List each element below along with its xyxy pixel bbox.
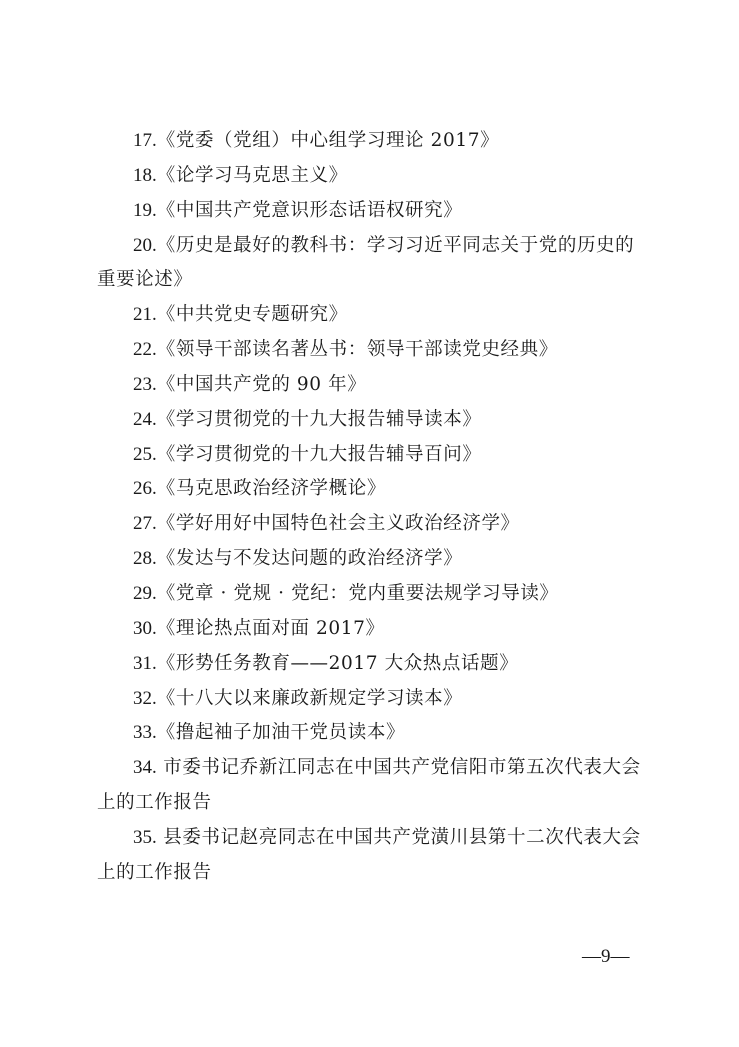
item-text: 《马克思政治经济学概论》 bbox=[157, 478, 386, 499]
item-number: 28. bbox=[133, 548, 157, 569]
item-number: 30. bbox=[133, 618, 157, 639]
list-item: 22.《领导干部读名著丛书：领导干部读党史经典》 bbox=[97, 333, 649, 368]
document-body: 17.《党委（党组）中心组学习理论 2017》 18.《论学习马克思主义》 19… bbox=[97, 124, 649, 891]
list-item: 34. 市委书记乔新江同志在中国共产党信阳市第五次代表大会上的工作报告 bbox=[97, 751, 649, 821]
item-text: 《理论热点面对面 2017》 bbox=[157, 618, 385, 639]
item-text: 《十八大以来廉政新规定学习读本》 bbox=[157, 688, 463, 709]
item-number: 22. bbox=[133, 339, 157, 360]
item-text: 《撸起袖子加油干党员读本》 bbox=[157, 722, 405, 743]
item-number: 19. bbox=[133, 200, 157, 221]
list-item: 21.《中共党史专题研究》 bbox=[97, 298, 649, 333]
list-item: 26.《马克思政治经济学概论》 bbox=[97, 472, 649, 507]
list-item: 29.《党章 · 党规 · 党纪：党内重要法规学习导读》 bbox=[97, 577, 649, 612]
list-item: 18.《论学习马克思主义》 bbox=[97, 159, 649, 194]
list-item: 23.《中国共产党的 90 年》 bbox=[97, 368, 649, 403]
list-item: 33.《撸起袖子加油干党员读本》 bbox=[97, 716, 649, 751]
list-item: 31.《形势任务教育——2017 大众热点话题》 bbox=[97, 647, 649, 682]
list-item: 32.《十八大以来廉政新规定学习读本》 bbox=[97, 682, 649, 717]
item-text: 市委书记乔新江同志在中国共产党信阳市第五次代表大会上的工作报告 bbox=[97, 757, 641, 813]
list-item: 25.《学习贯彻党的十九大报告辅导百问》 bbox=[97, 438, 649, 473]
list-item: 30.《理论热点面对面 2017》 bbox=[97, 612, 649, 647]
item-text: 《发达与不发达问题的政治经济学》 bbox=[157, 548, 463, 569]
item-text: 《学好用好中国特色社会主义政治经济学》 bbox=[157, 513, 520, 534]
item-number: 18. bbox=[133, 165, 157, 186]
item-number: 24. bbox=[133, 409, 157, 430]
item-text: 县委书记赵亮同志在中国共产党潢川县第十二次代表大会上的工作报告 bbox=[97, 827, 641, 883]
list-item: 20.《历史是最好的教科书：学习习近平同志关于党的历史的重要论述》 bbox=[97, 229, 649, 299]
item-text: 《学习贯彻党的十九大报告辅导读本》 bbox=[157, 409, 482, 430]
list-item: 19.《中国共产党意识形态话语权研究》 bbox=[97, 194, 649, 229]
item-number: 25. bbox=[133, 444, 157, 465]
item-number: 31. bbox=[133, 653, 157, 674]
item-text: 《中国共产党的 90 年》 bbox=[157, 374, 367, 395]
item-number: 21. bbox=[133, 304, 157, 325]
item-text: 《中国共产党意识形态话语权研究》 bbox=[157, 200, 463, 221]
item-number: 35. bbox=[133, 827, 157, 848]
item-text: 《历史是最好的教科书：学习习近平同志关于党的历史的重要论述》 bbox=[97, 235, 634, 291]
list-item: 35. 县委书记赵亮同志在中国共产党潢川县第十二次代表大会上的工作报告 bbox=[97, 821, 649, 891]
item-number: 33. bbox=[133, 722, 157, 743]
item-text: 《学习贯彻党的十九大报告辅导百问》 bbox=[157, 444, 482, 465]
item-number: 23. bbox=[133, 374, 157, 395]
item-text: 《党委（党组）中心组学习理论 2017》 bbox=[157, 130, 499, 151]
item-number: 29. bbox=[133, 583, 157, 604]
page-number: —9— bbox=[582, 946, 630, 968]
list-item: 24.《学习贯彻党的十九大报告辅导读本》 bbox=[97, 403, 649, 438]
list-item: 28.《发达与不发达问题的政治经济学》 bbox=[97, 542, 649, 577]
item-number: 27. bbox=[133, 513, 157, 534]
item-number: 20. bbox=[133, 235, 157, 256]
item-number: 34. bbox=[133, 757, 157, 778]
list-item: 27.《学好用好中国特色社会主义政治经济学》 bbox=[97, 507, 649, 542]
item-number: 32. bbox=[133, 688, 157, 709]
item-text: 《领导干部读名著丛书：领导干部读党史经典》 bbox=[157, 339, 558, 360]
item-number: 17. bbox=[133, 130, 157, 151]
item-text: 《中共党史专题研究》 bbox=[157, 304, 348, 325]
item-text: 《形势任务教育——2017 大众热点话题》 bbox=[157, 653, 519, 674]
item-text: 《论学习马克思主义》 bbox=[157, 165, 348, 186]
item-number: 26. bbox=[133, 478, 157, 499]
list-item: 17.《党委（党组）中心组学习理论 2017》 bbox=[97, 124, 649, 159]
item-text: 《党章 · 党规 · 党纪：党内重要法规学习导读》 bbox=[157, 583, 559, 604]
